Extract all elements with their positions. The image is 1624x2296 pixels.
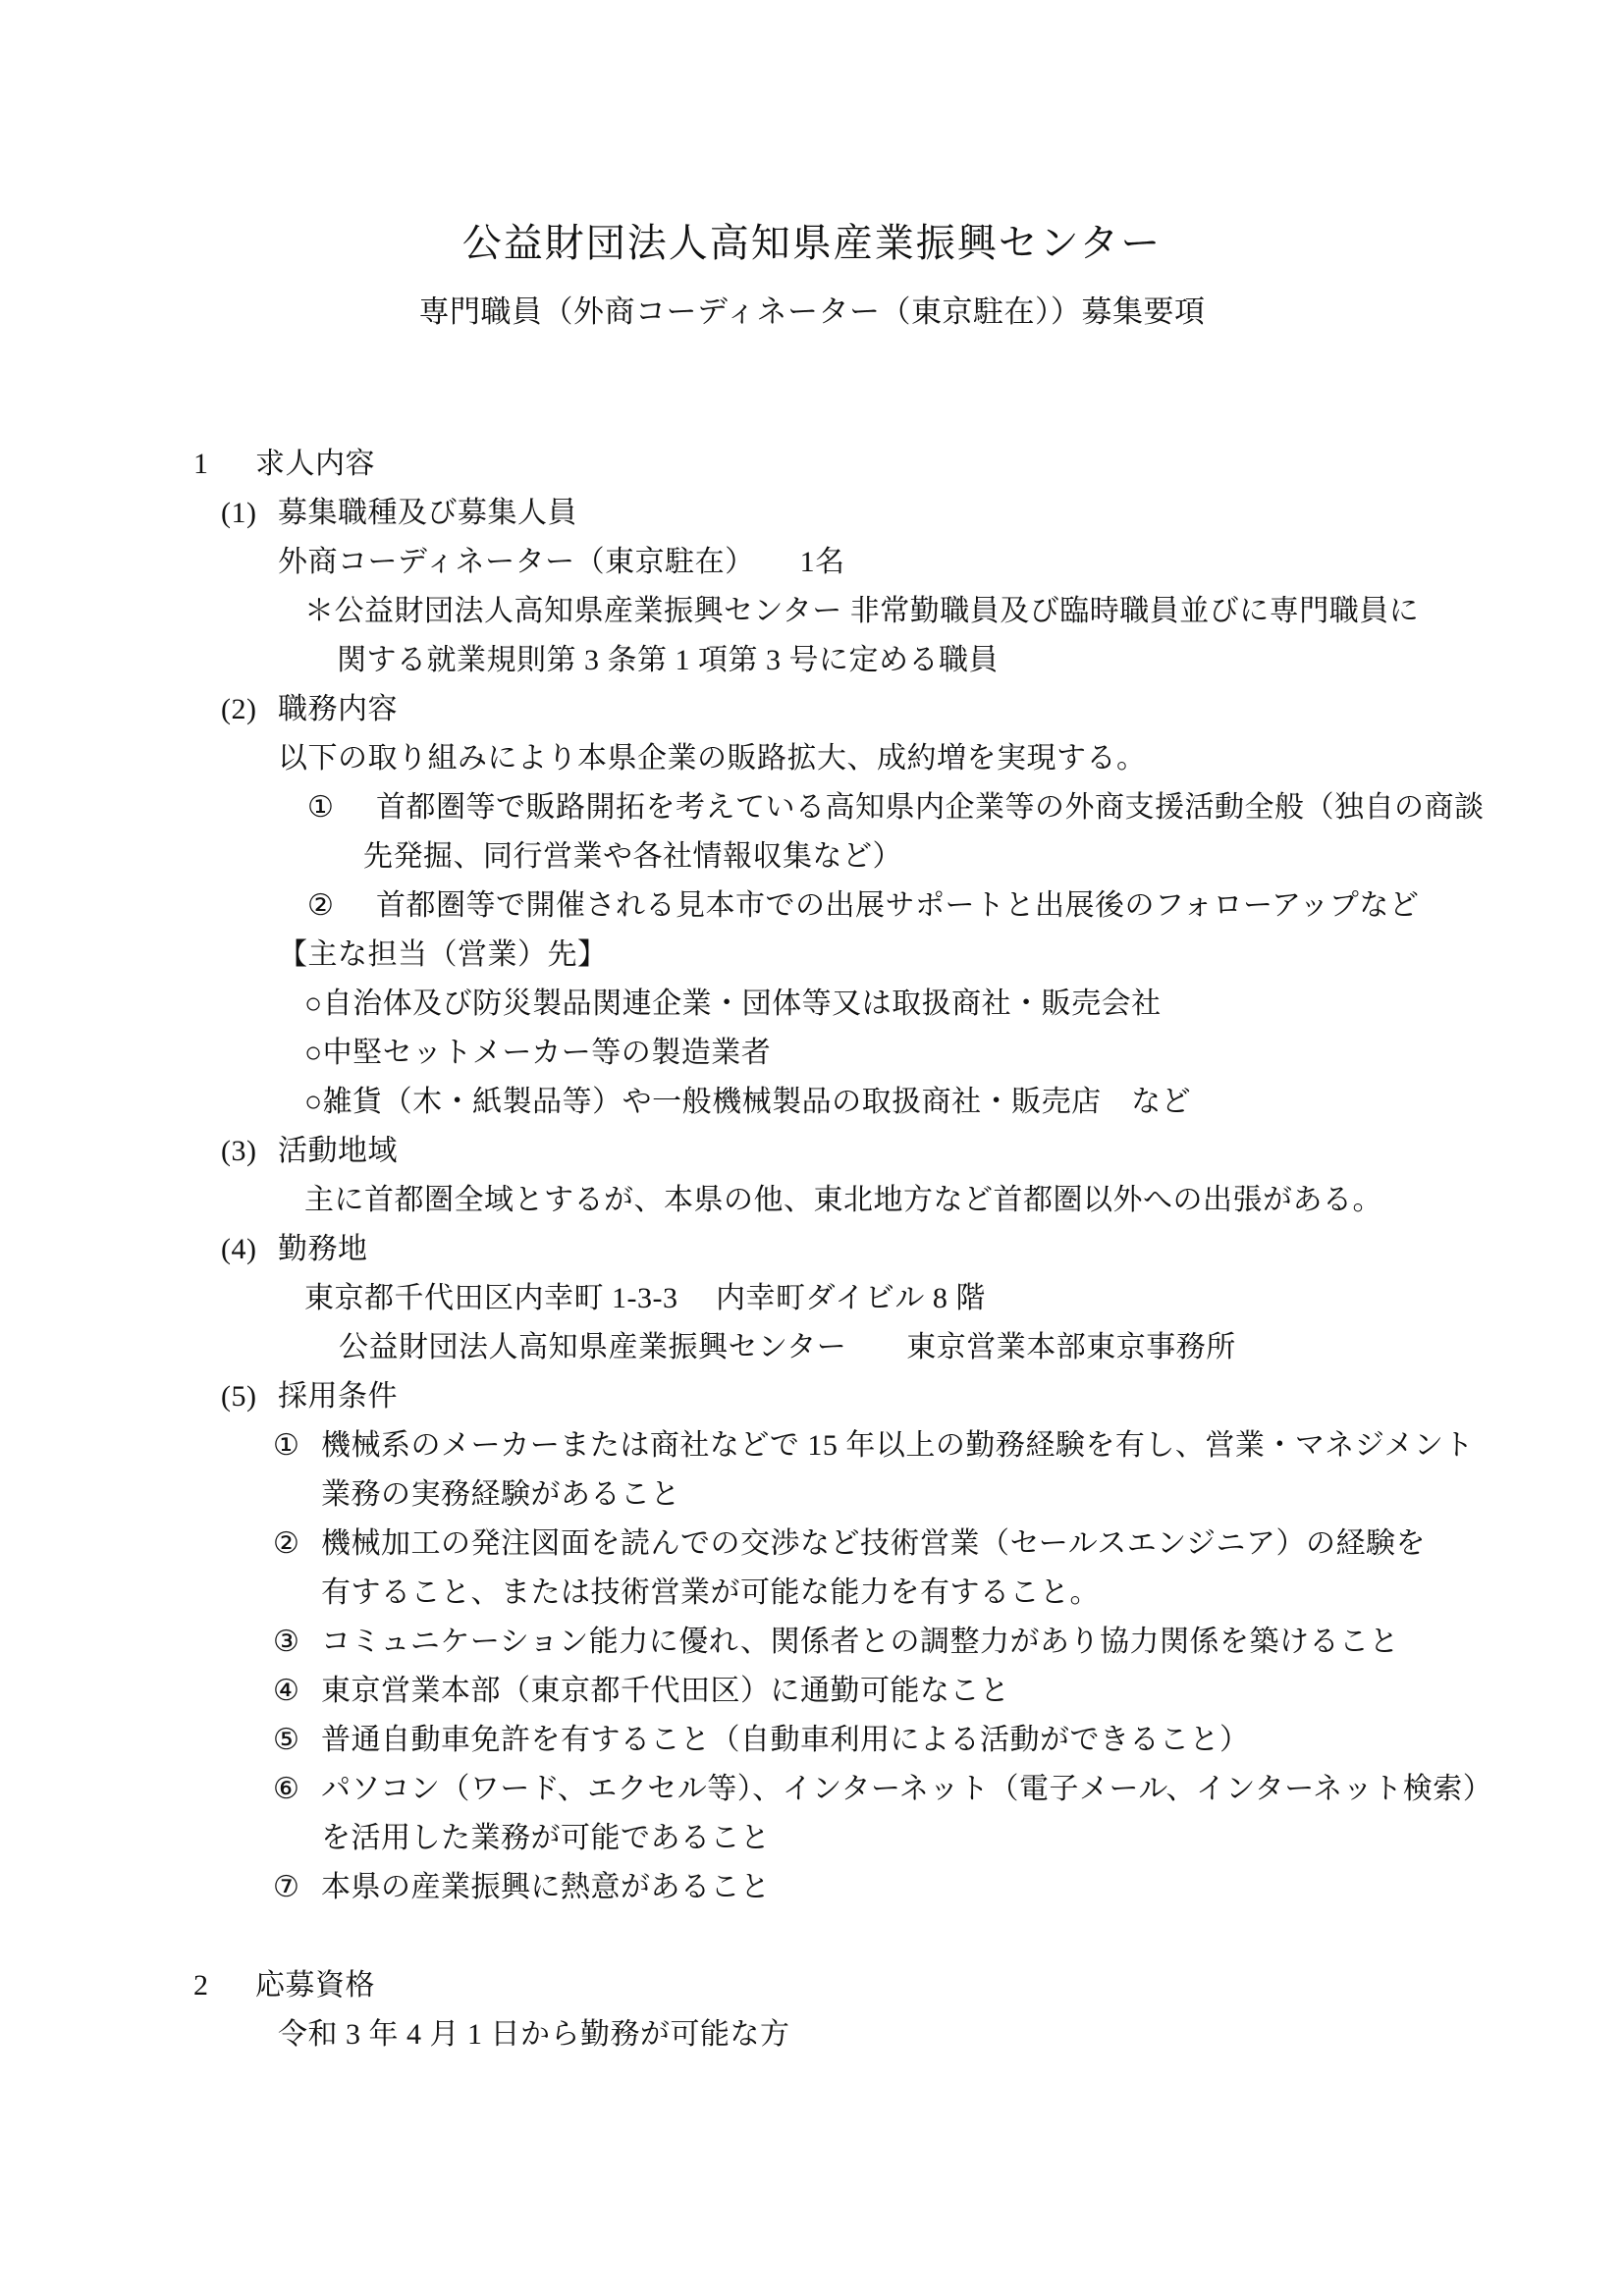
- list-marker: (5): [221, 1372, 278, 1421]
- doc-line: 関する就業規則第 3 条第 1 項第 3 号に定める職員: [0, 636, 1624, 685]
- blank-line: [0, 1912, 1624, 1961]
- doc-line-text: ○雑貨（木・紙製品等）や一般機械製品の取扱商社・販売店 など: [304, 1078, 1191, 1127]
- doc-line: ⑤普通自動車免許を有すること（自動車利用による活動ができること）: [0, 1716, 1624, 1765]
- doc-line: ○中堅セットメーカー等の製造業者: [0, 1029, 1624, 1078]
- doc-line-text: ＊公益財団法人高知県産業振興センター 非常勤職員及び臨時職員並びに専門職員に: [304, 587, 1419, 636]
- document-body: 1求人内容(1)募集職種及び募集人員外商コーディネーター（東京駐在） 1名＊公益…: [0, 440, 1624, 2059]
- list-marker: ④: [273, 1667, 321, 1716]
- doc-line: ①首都圏等で販路開拓を考えている高知県内企業等の外商支援活動全般（独自の商談: [0, 783, 1624, 832]
- doc-line-text: コミュニケーション能力に優れ、関係者との調整力があり協力関係を築けること: [321, 1618, 1399, 1667]
- doc-line-text: 職務内容: [278, 685, 398, 734]
- doc-line: (3)活動地域: [0, 1127, 1624, 1176]
- list-marker: ⑥: [273, 1765, 321, 1814]
- doc-line-text: 活動地域: [278, 1127, 398, 1176]
- list-marker: (2): [221, 685, 278, 734]
- doc-line-text: ○中堅セットメーカー等の製造業者: [304, 1029, 771, 1078]
- list-marker: 1: [193, 440, 255, 489]
- doc-line-text: 首都圏等で販路開拓を考えている高知県内企業等の外商支援活動全般（独自の商談: [376, 783, 1485, 832]
- doc-line-text: 有すること、または技術営業が可能な能力を有すること。: [321, 1569, 1100, 1618]
- doc-line: 【主な担当（営業）先】: [0, 931, 1624, 980]
- doc-line-text: 東京営業本部（東京都千代田区）に通勤可能なこと: [321, 1667, 1010, 1716]
- doc-line: (2)職務内容: [0, 685, 1624, 734]
- list-marker: ①: [307, 783, 376, 832]
- doc-line-text: 勤務地: [278, 1225, 368, 1274]
- doc-line-text: 機械系のメーカーまたは商社などで 15 年以上の勤務経験を有し、営業・マネジメン…: [321, 1421, 1474, 1470]
- document-page: 公益財団法人高知県産業振興センター 専門職員（外商コーディネーター（東京駐在））…: [0, 0, 1624, 2296]
- doc-line: ○自治体及び防災製品関連企業・団体等又は取扱商社・販売会社: [0, 980, 1624, 1029]
- doc-line: ⑥パソコン（ワード、エクセル等）、インターネット（電子メール、インターネット検索…: [0, 1765, 1624, 1814]
- doc-line: 東京都千代田区内幸町 1-3-3 内幸町ダイビル 8 階: [0, 1274, 1624, 1323]
- doc-line: 2応募資格: [0, 1961, 1624, 2010]
- doc-line: 先発掘、同行営業や各社情報収集など）: [0, 832, 1624, 881]
- doc-line: 有すること、または技術営業が可能な能力を有すること。: [0, 1569, 1624, 1618]
- doc-line-text: ○自治体及び防災製品関連企業・団体等又は取扱商社・販売会社: [304, 980, 1162, 1029]
- doc-line: を活用した業務が可能であること: [0, 1814, 1624, 1863]
- list-marker: (1): [221, 489, 278, 538]
- doc-line: ⑦本県の産業振興に熱意があること: [0, 1863, 1624, 1912]
- list-marker: (4): [221, 1225, 278, 1274]
- doc-line: ②機械加工の発注図面を読んでの交渉など技術営業（セールスエンジニア）の経験を: [0, 1520, 1624, 1569]
- list-marker: ⑤: [273, 1716, 321, 1765]
- doc-line: 業務の実務経験があること: [0, 1470, 1624, 1520]
- doc-line-text: 募集職種及び募集人員: [278, 489, 577, 538]
- list-marker: ②: [307, 881, 376, 931]
- document-title: 公益財団法人高知県産業振興センター: [0, 222, 1624, 265]
- doc-line: 1求人内容: [0, 440, 1624, 489]
- doc-line-text: 東京都千代田区内幸町 1-3-3 内幸町ダイビル 8 階: [304, 1274, 986, 1323]
- doc-line: ＊公益財団法人高知県産業振興センター 非常勤職員及び臨時職員並びに専門職員に: [0, 587, 1624, 636]
- doc-line-text: を活用した業務が可能であること: [321, 1814, 771, 1863]
- list-marker: ⑦: [273, 1863, 321, 1912]
- doc-line-text: 令和 3 年 4 月 1 日から勤務が可能な方: [278, 2010, 790, 2059]
- doc-line-text: 機械加工の発注図面を読んでの交渉など技術営業（セールスエンジニア）の経験を: [321, 1520, 1426, 1569]
- doc-line: 以下の取り組みにより本県企業の販路拡大、成約増を実現する。: [0, 734, 1624, 783]
- doc-line-text: 業務の実務経験があること: [321, 1470, 680, 1520]
- doc-line: 令和 3 年 4 月 1 日から勤務が可能な方: [0, 2010, 1624, 2059]
- doc-line-text: 関する就業規則第 3 条第 1 項第 3 号に定める職員: [337, 636, 999, 685]
- doc-line-text: 先発掘、同行営業や各社情報収集など）: [363, 832, 902, 881]
- doc-line-text: 以下の取り組みにより本県企業の販路拡大、成約増を実現する。: [278, 734, 1147, 783]
- doc-line-text: 求人内容: [255, 440, 375, 489]
- document-subtitle: 専門職員（外商コーディネーター（東京駐在））募集要項: [0, 295, 1624, 329]
- doc-line: (1)募集職種及び募集人員: [0, 489, 1624, 538]
- list-marker: (3): [221, 1127, 278, 1176]
- doc-line: (5)採用条件: [0, 1372, 1624, 1421]
- doc-line-text: 外商コーディネーター（東京駐在） 1名: [278, 538, 845, 587]
- doc-line: ④東京営業本部（東京都千代田区）に通勤可能なこと: [0, 1667, 1624, 1716]
- doc-line: 外商コーディネーター（東京駐在） 1名: [0, 538, 1624, 587]
- doc-line-text: 普通自動車免許を有すること（自動車利用による活動ができること）: [321, 1716, 1250, 1765]
- list-marker: ①: [273, 1421, 321, 1470]
- doc-line: ○雑貨（木・紙製品等）や一般機械製品の取扱商社・販売店 など: [0, 1078, 1624, 1127]
- doc-line-text: 主に首都圏全域とするが、本県の他、東北地方など首都圏以外への出張がある。: [304, 1176, 1382, 1225]
- list-marker: ③: [273, 1618, 321, 1667]
- doc-line: 主に首都圏全域とするが、本県の他、東北地方など首都圏以外への出張がある。: [0, 1176, 1624, 1225]
- doc-line: (4)勤務地: [0, 1225, 1624, 1274]
- doc-line: 公益財団法人高知県産業振興センター 東京営業本部東京事務所: [0, 1323, 1624, 1372]
- doc-line: ①機械系のメーカーまたは商社などで 15 年以上の勤務経験を有し、営業・マネジメ…: [0, 1421, 1624, 1470]
- list-marker: ②: [273, 1520, 321, 1569]
- doc-line-text: 公益財団法人高知県産業振興センター 東京営業本部東京事務所: [339, 1323, 1236, 1372]
- doc-line-text: 首都圏等で開催される見本市での出展サポートと出展後のフォローアップなど: [376, 881, 1419, 931]
- list-marker: 2: [193, 1961, 255, 2010]
- doc-line-text: 採用条件: [278, 1372, 398, 1421]
- doc-line-text: 本県の産業振興に熱意があること: [321, 1863, 771, 1912]
- doc-line: ③コミュニケーション能力に優れ、関係者との調整力があり協力関係を築けること: [0, 1618, 1624, 1667]
- doc-line-text: パソコン（ワード、エクセル等）、インターネット（電子メール、インターネット検索）: [321, 1765, 1492, 1814]
- doc-line: ②首都圏等で開催される見本市での出展サポートと出展後のフォローアップなど: [0, 881, 1624, 931]
- doc-line-text: 応募資格: [255, 1961, 375, 2010]
- doc-line-text: 【主な担当（営業）先】: [278, 931, 608, 980]
